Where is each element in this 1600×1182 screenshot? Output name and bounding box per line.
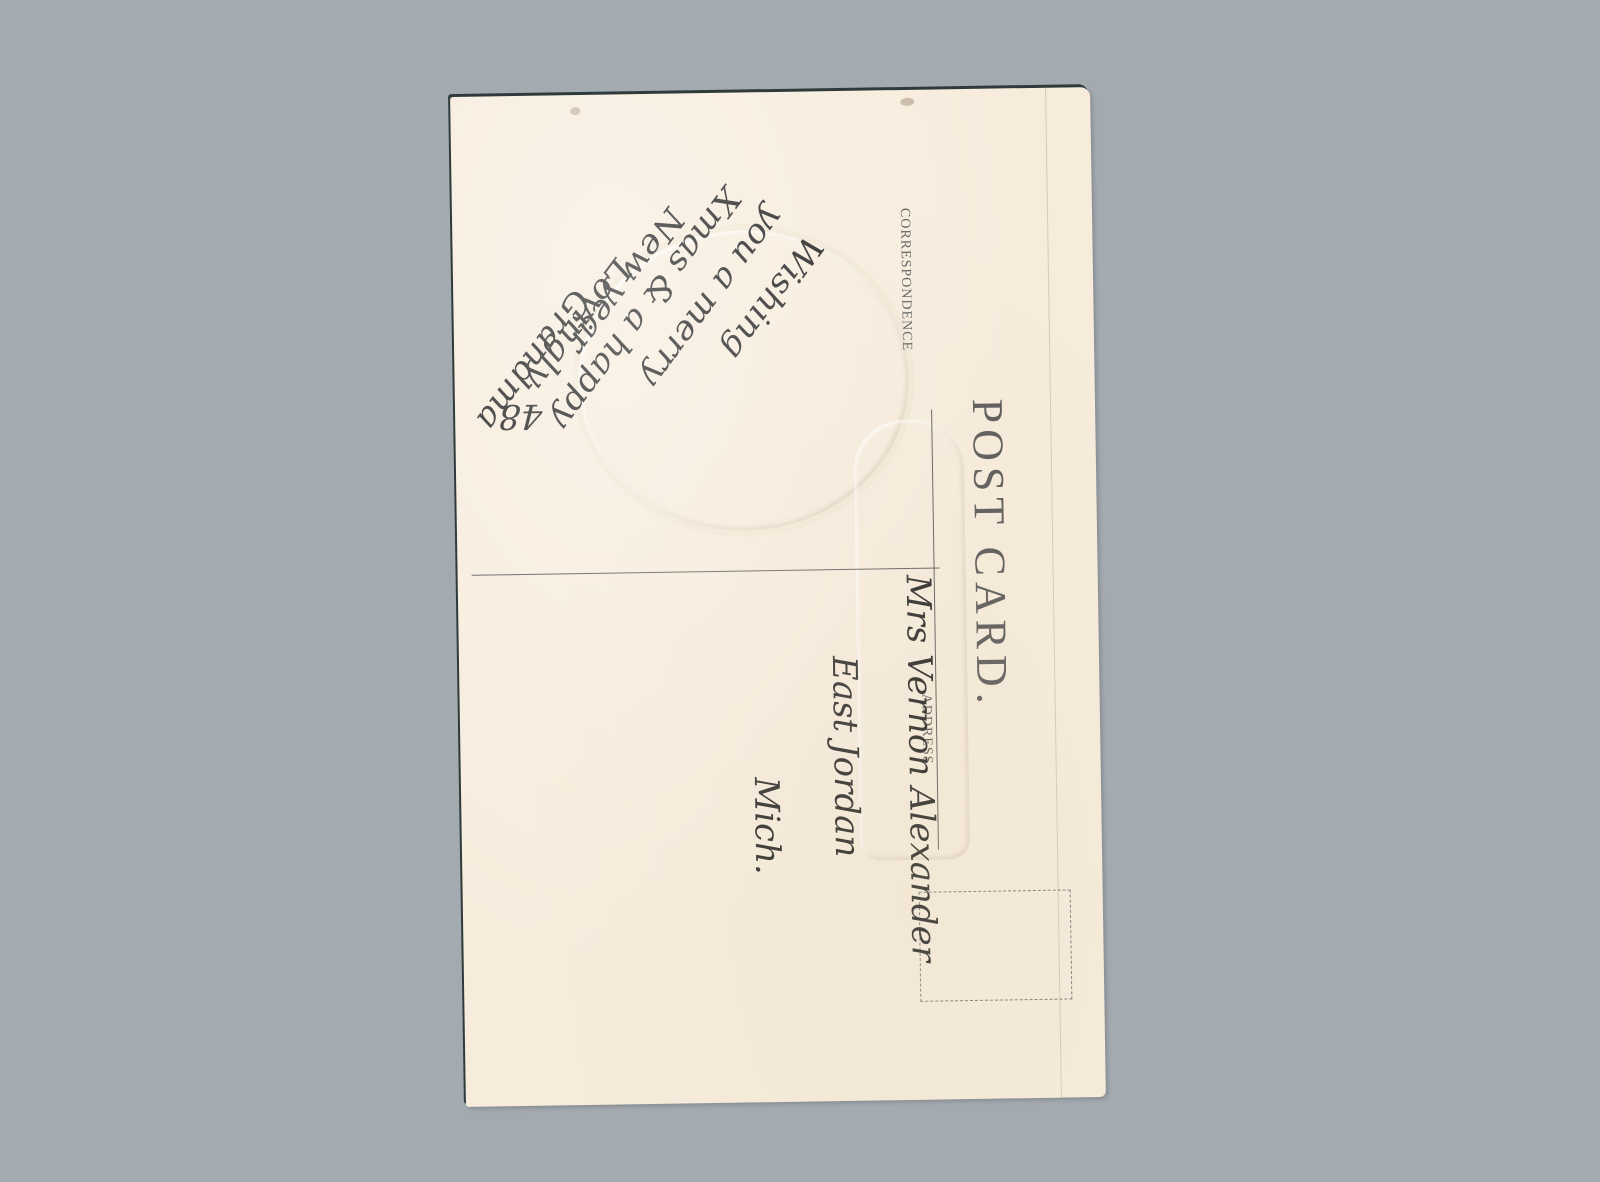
post-card-title: POST CARD. — [962, 398, 1018, 710]
stain — [570, 107, 580, 115]
recipient-name: Mrs Vernon Alexander — [898, 574, 944, 962]
handwritten-message: Wishing you a merry Xmas & a happy New y… — [485, 190, 924, 557]
message-number: 48 — [498, 396, 543, 437]
stain — [900, 98, 914, 106]
postcard-back: CORRESPONDENCE POST CARD. ADDRESS Wishin… — [450, 87, 1106, 1107]
recipient-state: Mich. — [746, 777, 788, 875]
recipient-address: Mrs Vernon Alexander East Jordan Mich. — [608, 574, 946, 1099]
recipient-city: East Jordan — [824, 656, 867, 858]
